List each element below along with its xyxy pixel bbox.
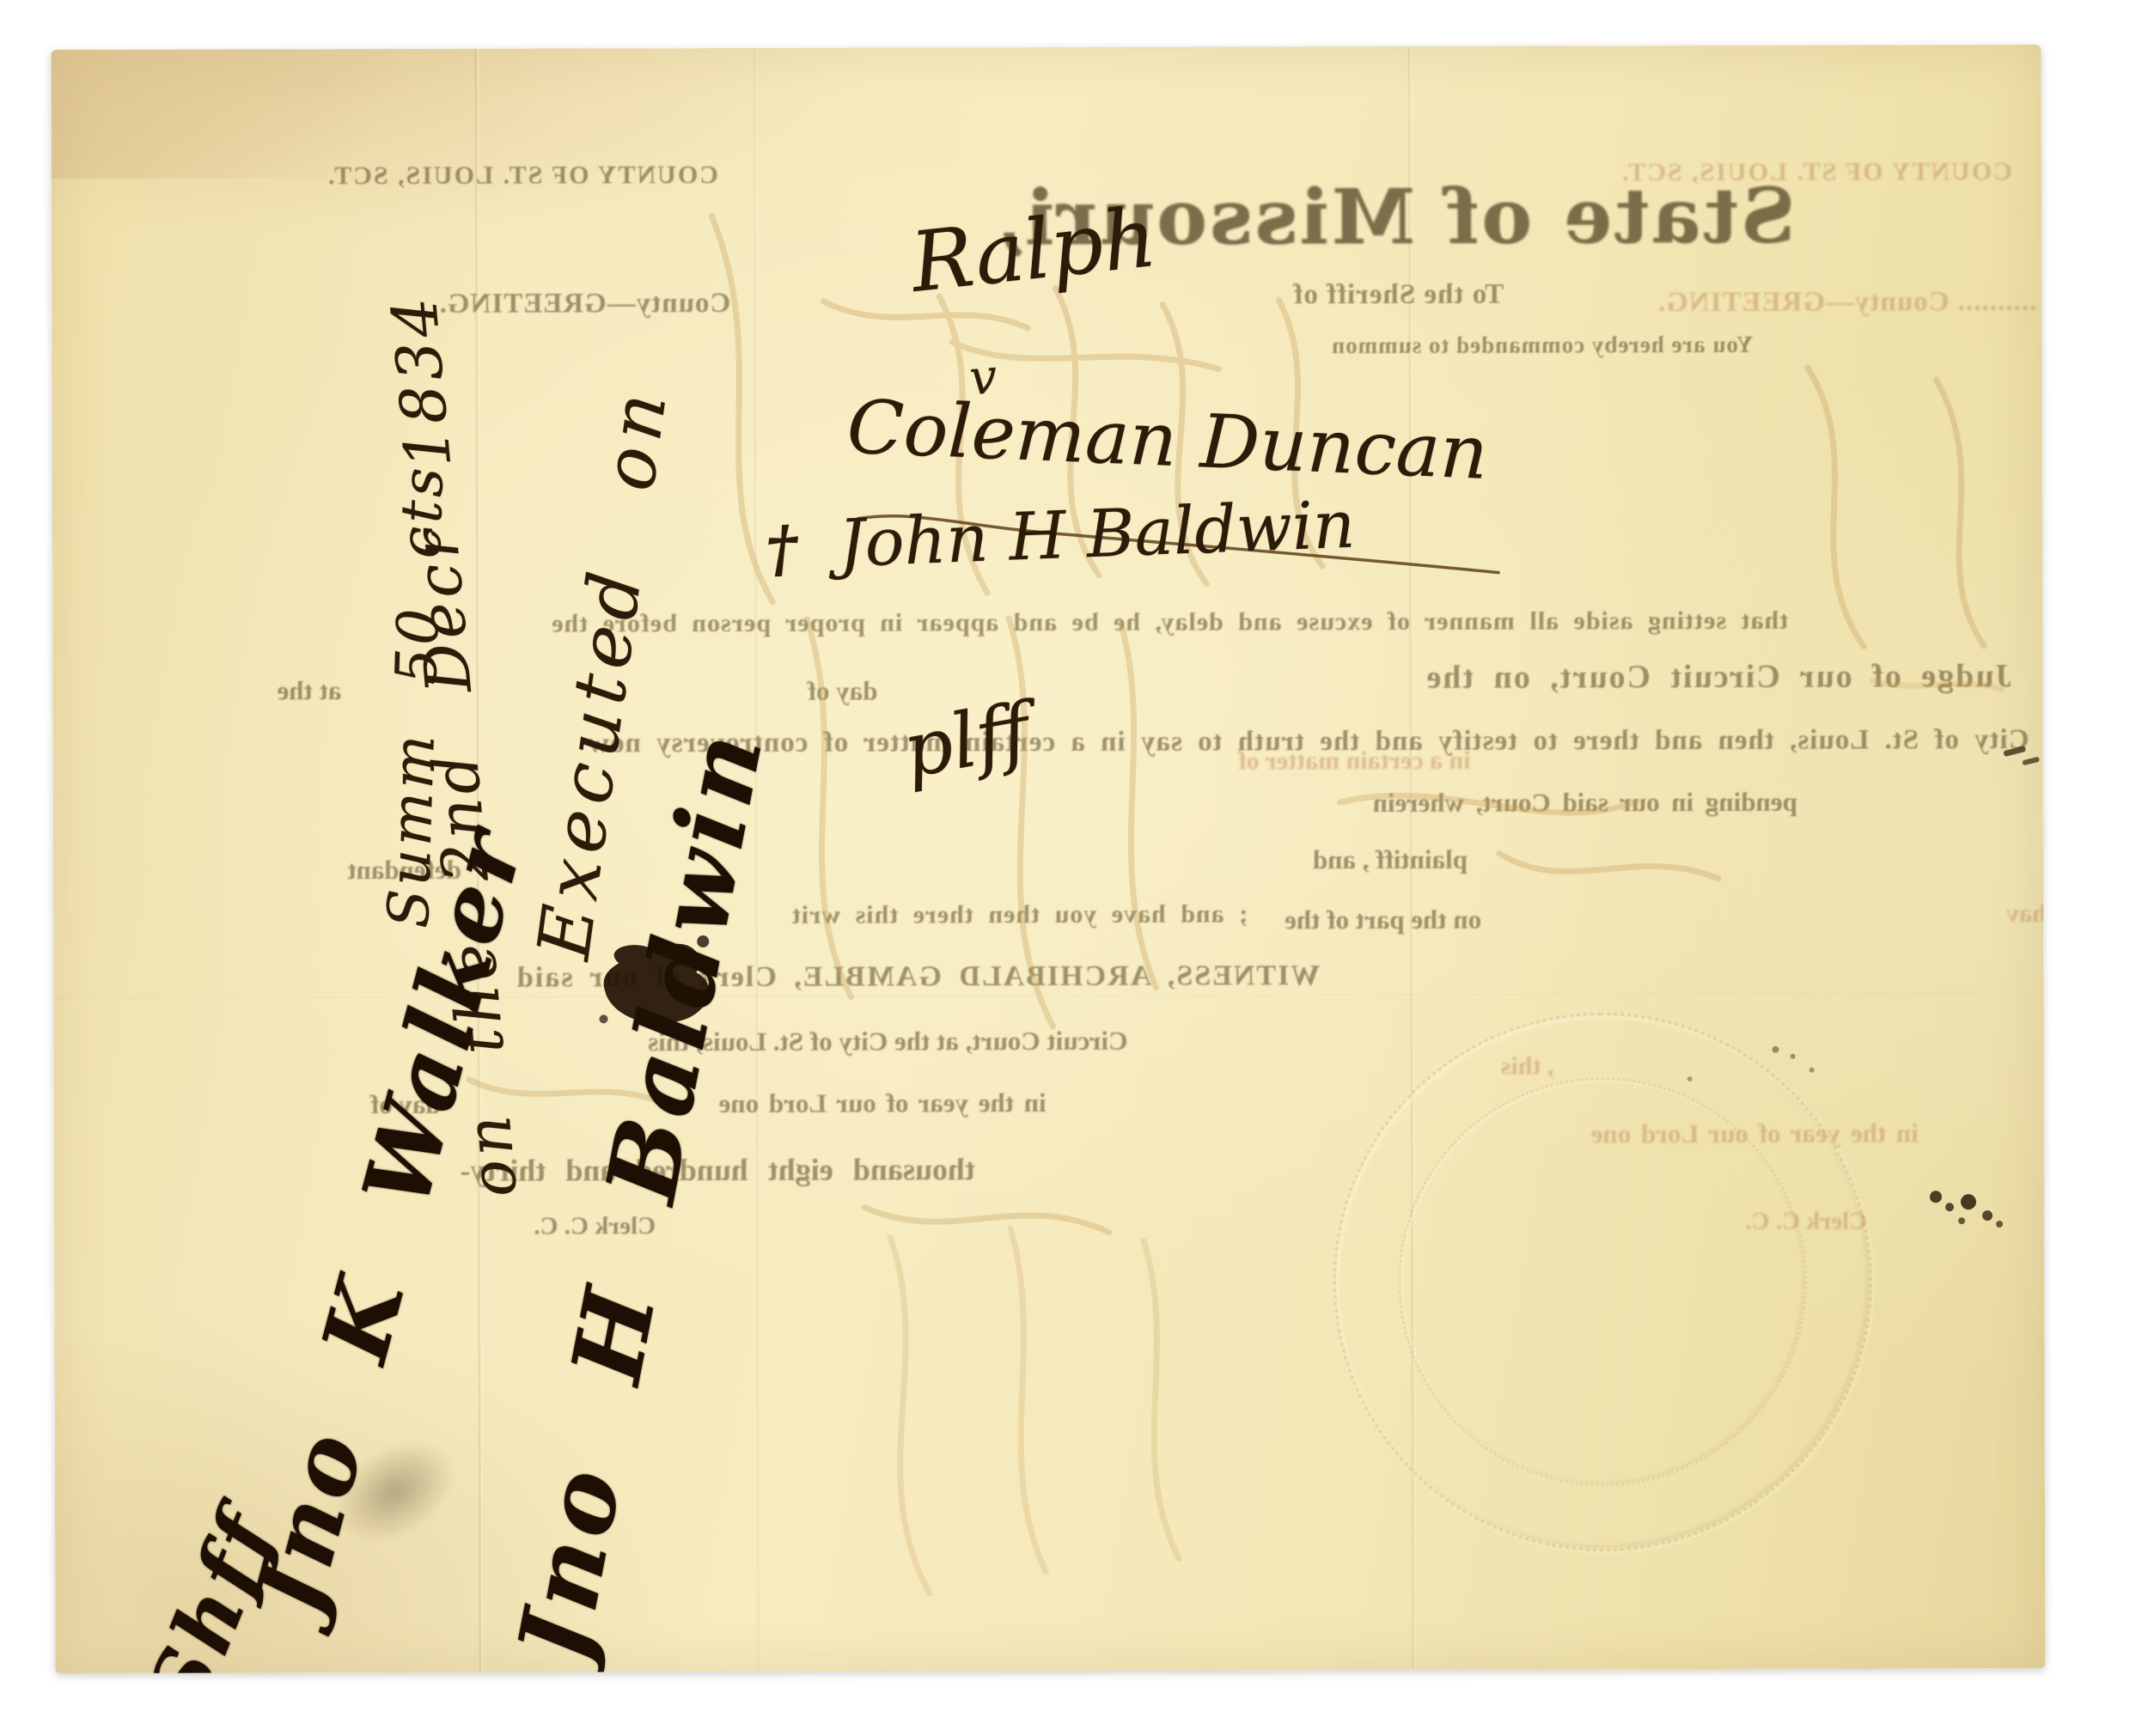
bleed-part-of-label: on the part of the bbox=[1285, 905, 1481, 936]
bleed-greeting: County—GREETING. bbox=[439, 288, 731, 320]
addressee-cross-mark: † bbox=[764, 511, 800, 586]
bleed-plaintiff-label: plaintiff , and bbox=[1313, 844, 1468, 875]
setoff-writ-fragment: ; and hav bbox=[2006, 899, 2045, 929]
scan-background: COUNTY OF ST. LOUIS, SCT. State of Misso… bbox=[0, 0, 2148, 1736]
setoff-clerk-fragment: Clerk C. C. bbox=[1745, 1208, 1867, 1236]
setoff-this-fragment: , this bbox=[1501, 1051, 1554, 1081]
bleed-body-line-1: that setting aside all manner of excuse … bbox=[551, 606, 1788, 639]
bleed-summon-line: You are hereby commanded to summon bbox=[1331, 332, 1753, 359]
embossed-seal bbox=[1332, 1011, 1873, 1552]
addressee-name: John H Baldwin bbox=[838, 486, 1357, 582]
case-plaintiff-name: Ralph bbox=[906, 189, 1161, 311]
bleed-county-header: COUNTY OF ST. LOUIS, SCT. bbox=[326, 161, 718, 191]
bleed-thousand-line: thousand eight hundred and thirty- bbox=[460, 1151, 975, 1189]
bleed-writ-label: ; and have you then there this writ bbox=[791, 899, 1248, 929]
setoff-matter-fragment: in a certain matter of bbox=[1238, 746, 1471, 777]
document-paper: COUNTY OF ST. LOUIS, SCT. State of Misso… bbox=[52, 45, 2046, 1673]
paper-corner-wear bbox=[52, 48, 601, 179]
bleed-body-line-2: Judge of our Circuit Court, on the bbox=[1425, 657, 2012, 697]
party-abbreviation: plff bbox=[897, 685, 1037, 795]
setoff-greeting: .......... County—GREETING. bbox=[1657, 286, 2037, 319]
bleed-at-the: at the bbox=[278, 675, 342, 706]
return-sheriff-abbrev: Shff bbox=[130, 1496, 296, 1673]
bleed-sheriff-line: To the Sheriff of bbox=[1292, 279, 1504, 312]
case-defendant-name: Coleman Duncan bbox=[845, 384, 1490, 496]
setoff-county-header: COUNTY OF ST. LOUIS, SCT. bbox=[1620, 157, 2012, 187]
bleed-year-line: in the year of our Lord one bbox=[719, 1087, 1047, 1119]
bleed-body-line-4: pending in our said Court, wherein bbox=[1373, 787, 1797, 819]
bleed-day-of-1: day of bbox=[808, 676, 878, 707]
setoff-year-fragment: in the year of our Lord one bbox=[1591, 1118, 1919, 1149]
